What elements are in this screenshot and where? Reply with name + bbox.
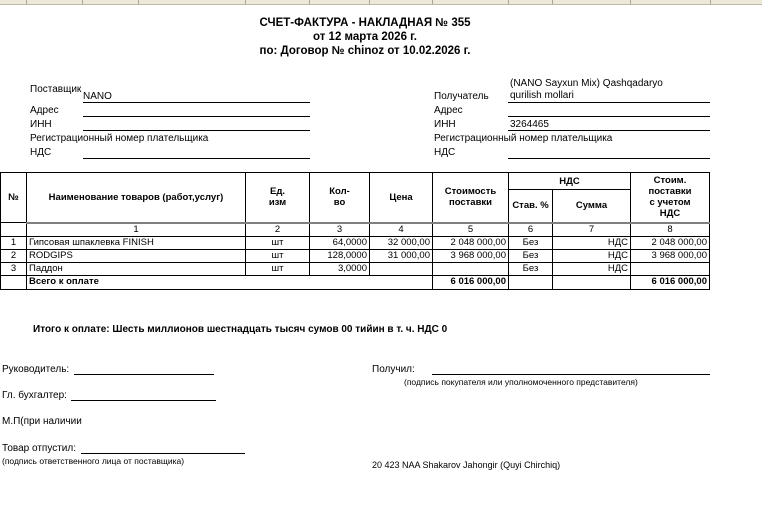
column-number: 4 bbox=[370, 223, 433, 237]
header-name: Наименование товаров (работ,услуг) bbox=[27, 173, 246, 223]
recipient-underline bbox=[508, 102, 710, 103]
stamp-label: М.П(при наличии bbox=[2, 416, 84, 428]
header-cost: Стоимостьпоставки bbox=[433, 173, 509, 223]
column-number: 1 bbox=[27, 223, 246, 237]
invoice-table: № Наименование товаров (работ,услуг) Ед.… bbox=[0, 172, 710, 290]
column-number: 8 bbox=[631, 223, 710, 237]
received-signature-line bbox=[432, 374, 710, 375]
header-vat-sum: Сумма bbox=[553, 190, 631, 223]
recipient-address-label: Адрес bbox=[434, 105, 463, 117]
supplier-reg-label: Регистрационный номер плательщика bbox=[30, 133, 208, 145]
supplier-inn-underline bbox=[83, 130, 310, 131]
recipient-value-line2: qurilish mollari bbox=[510, 90, 574, 102]
director-signature-line bbox=[74, 374, 214, 375]
column-number: 3 bbox=[310, 223, 370, 237]
table-row: 2 RODGIPS шт 128,0000 31 000,00 3 968 00… bbox=[1, 249, 710, 262]
document-date: от 12 марта 2026 г. bbox=[0, 30, 730, 44]
supplier-label: Поставщик bbox=[30, 84, 81, 96]
supplier-inn-label: ИНН bbox=[30, 119, 52, 131]
supplier-address-label: Адрес bbox=[30, 105, 59, 117]
header-no: № bbox=[1, 173, 27, 223]
header-price: Цена bbox=[370, 173, 433, 223]
column-number: 2 bbox=[246, 223, 310, 237]
header-unit: Ед.изм bbox=[246, 173, 310, 223]
recipient-reg-label: Регистрационный номер плательщика bbox=[434, 133, 612, 145]
supplier-vat-label: НДС bbox=[30, 147, 51, 159]
total-in-words: Итого к оплате: Шесть миллионов шестнадц… bbox=[33, 324, 447, 335]
total-label: Всего к оплате bbox=[27, 275, 433, 289]
recipient-address-underline bbox=[508, 116, 710, 117]
header-vat-group: НДС bbox=[509, 173, 631, 190]
released-signature-line bbox=[81, 453, 245, 454]
released-note: (подпись ответственного лица от поставщи… bbox=[2, 456, 184, 466]
recipient-vat-label: НДС bbox=[434, 147, 455, 159]
column-number: 6 bbox=[509, 223, 553, 237]
accountant-signature-line bbox=[71, 400, 216, 401]
recipient-value-line1: (NANO Sayxun Mix) Qashqadaryo bbox=[510, 78, 663, 90]
table-row: 3 Паддон шт 3,0000 Без НДС bbox=[1, 262, 710, 275]
recipient-label: Получатель bbox=[434, 91, 489, 103]
header-total: Стоим.поставкис учетомНДС bbox=[631, 173, 710, 223]
header-qty: Кол-во bbox=[310, 173, 370, 223]
total-cost: 6 016 000,00 bbox=[433, 275, 509, 289]
received-label: Получил: bbox=[372, 364, 415, 376]
recipient-inn-underline bbox=[508, 130, 710, 131]
column-number: 5 bbox=[433, 223, 509, 237]
document-title: СЧЕТ-ФАКТУРА - НАКЛАДНАЯ № 355 bbox=[0, 16, 730, 30]
column-number: 7 bbox=[553, 223, 631, 237]
director-label: Руководитель: bbox=[2, 364, 69, 376]
table-header-row: № Наименование товаров (работ,услуг) Ед.… bbox=[1, 173, 710, 190]
accountant-label: Гл. бухгалтер: bbox=[2, 390, 67, 402]
header-vat-rate: Став. % bbox=[509, 190, 553, 223]
supplier-address-underline bbox=[83, 116, 310, 117]
footer-note: 20 423 NAA Shakarov Jahongir (Quyi Chirc… bbox=[372, 460, 560, 470]
recipient-vat-underline bbox=[508, 158, 710, 159]
table-row: 1 Гипсовая шпаклевка FINISH шт 64,0000 3… bbox=[1, 236, 710, 249]
recipient-inn-label: ИНН bbox=[434, 119, 456, 131]
received-note: (подпись покупателя или уполномоченного … bbox=[404, 377, 638, 387]
table-total-row: Всего к оплате 6 016 000,00 6 016 000,00 bbox=[1, 275, 710, 289]
total-with-vat: 6 016 000,00 bbox=[631, 275, 710, 289]
contract-line: по: Договор № chinoz от 10.02.2026 г. bbox=[0, 44, 730, 58]
spreadsheet-column-header-strip bbox=[0, 0, 762, 5]
released-label: Товар отпустил: bbox=[2, 443, 76, 455]
supplier-vat-underline bbox=[83, 158, 310, 159]
column-number-row: 1 2 3 4 5 6 7 8 bbox=[1, 223, 710, 237]
supplier-underline bbox=[83, 102, 310, 103]
